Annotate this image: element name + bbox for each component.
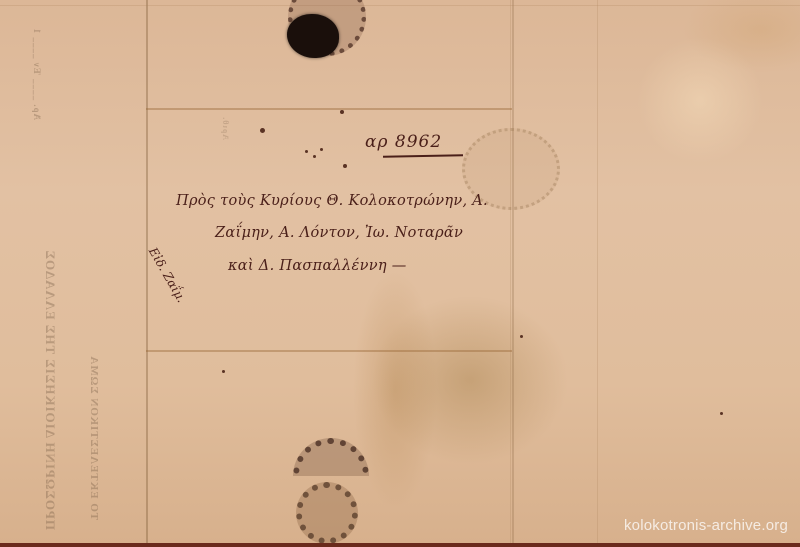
address-line-3: καὶ Δ. Πασπαλλέννη — <box>228 258 407 274</box>
ink-speckle <box>313 155 316 158</box>
bleed-through-subtitle: ΤΟ ΕΚΤΕΛΕΣΤΙΚΟΝ ΣΩΜΑ <box>88 355 100 520</box>
bleed-through-small: Ἀριθ. <box>221 116 230 140</box>
ink-speckle <box>520 335 523 338</box>
ink-speckle <box>260 128 265 133</box>
document-photo: ΠΡΟΣΩΡΙΝΗ ΔΙΟΙΚΗΣΙΣ ΤΗΣ ΕΛΛΑΔΟΣ ΤΟ ΕΚΤΕΛ… <box>0 0 800 547</box>
fold-line-top <box>146 108 512 110</box>
ink-speckle <box>222 370 225 373</box>
fold-line-far-right <box>597 0 598 547</box>
bleed-through-letterhead: ΠΡΟΣΩΡΙΝΗ ΔΙΟΙΚΗΣΙΣ ΤΗΣ ΕΛΛΑΔΟΣ <box>42 250 58 530</box>
ink-speckle <box>343 164 347 168</box>
fold-line-mid <box>146 350 512 352</box>
ink-speckle <box>340 110 344 114</box>
fold-line-right <box>512 0 514 547</box>
ink-speckle <box>320 148 323 151</box>
ink-speckle <box>305 150 308 153</box>
address-line-2: Ζαΐμην, Α. Λόντον, Ἰω. Νοταρᾶν <box>215 225 463 241</box>
seal-stamp-bottom-lower <box>296 482 358 544</box>
fold-line-left <box>146 0 148 547</box>
margin-note: Εἰδ. Ζαΐμ. <box>146 245 189 305</box>
watermark: kolokotronis-archive.org <box>624 517 788 534</box>
reference-underline <box>383 154 463 157</box>
bleed-through-number: Ἀρ. ____ Ἐν ____ 1 <box>32 28 42 120</box>
reference-number: αρ 8962 <box>365 132 442 152</box>
ink-speckle <box>720 412 723 415</box>
fold-line-edge <box>0 5 800 6</box>
address-line-1: Πρὸς τοὺς Κυρίους Θ. Κολοκοτρώνην, Α. <box>176 193 488 209</box>
wax-seal-icon <box>287 14 339 58</box>
fold-line-center <box>510 0 511 547</box>
frame-bottom-edge <box>0 543 800 547</box>
